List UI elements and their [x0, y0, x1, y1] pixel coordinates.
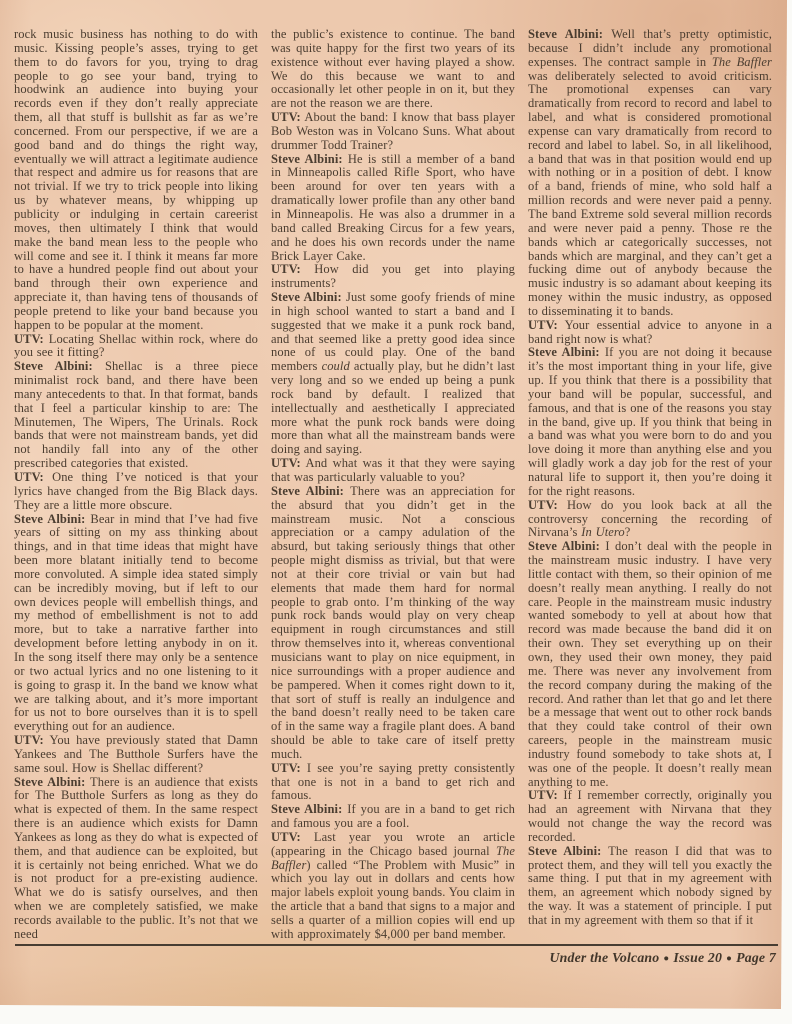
- body-text: You have previously stated that Damn Yan…: [14, 733, 258, 775]
- paragraph: Steve Albini: There is an audience that …: [14, 776, 258, 942]
- body-text: He is still a member of a band in Minnea…: [271, 152, 515, 263]
- speaker-label: Steve Albini:: [528, 844, 601, 858]
- speaker-label: UTV:: [271, 262, 301, 276]
- body-text: Locating Shellac within rock, where do y…: [14, 332, 258, 360]
- body-text: Last year you wrote an article (appearin…: [271, 830, 515, 858]
- body-text: Your essential advice to anyone in a ban…: [528, 318, 772, 346]
- paragraph: UTV: I see you’re saying pretty consiste…: [271, 762, 515, 804]
- speaker-label: Steve Albini:: [271, 152, 343, 166]
- body-text: I see you’re saying pretty consistently …: [271, 761, 515, 803]
- footer-rule: [15, 944, 778, 946]
- paragraph: UTV: And what was it that they were sayi…: [271, 457, 515, 485]
- speaker-label: UTV:: [271, 110, 301, 124]
- body-text: About the band: I know that bass player …: [271, 110, 515, 152]
- paragraph: UTV: How do you look back at all the con…: [528, 499, 772, 541]
- speaker-label: UTV:: [14, 470, 44, 484]
- paragraph: rock music business has nothing to do wi…: [14, 28, 258, 333]
- article-column-2: the public’s existence to continue. The …: [271, 28, 515, 944]
- paragraph: the public’s existence to continue. The …: [271, 28, 515, 111]
- body-text: the public’s existence to continue. The …: [271, 28, 515, 110]
- paragraph: UTV: Locating Shellac within rock, where…: [14, 333, 258, 361]
- body-text: Shellac is a three piece minimalist rock…: [14, 359, 258, 470]
- body-text: actually play, but he didn’t last very l…: [271, 359, 515, 456]
- paragraph: Steve Albini: I don’t deal with the peop…: [528, 540, 772, 789]
- article-column-3: Steve Albini: Well that’s pretty optimis…: [528, 28, 772, 944]
- body-text: ) called “The Problem with Music” in whi…: [271, 858, 515, 941]
- body-text: rock music business has nothing to do wi…: [14, 28, 258, 332]
- magazine-page-scan: rock music business has nothing to do wi…: [0, 0, 792, 1016]
- body-text: If you are not doing it because it’s the…: [528, 345, 772, 497]
- paragraph: UTV: One thing I’ve noticed is that your…: [14, 471, 258, 513]
- paragraph: UTV: Last year you wrote an article (app…: [271, 831, 515, 942]
- paragraph: UTV: How did you get into playing instru…: [271, 263, 515, 291]
- footer-page-number: Page 7: [736, 950, 776, 965]
- speaker-label: Steve Albini:: [528, 539, 600, 553]
- paragraph: Steve Albini: If you are not doing it be…: [528, 346, 772, 498]
- speaker-label: UTV:: [528, 318, 558, 332]
- footer-issue: Issue 20: [673, 950, 722, 965]
- speaker-label: Steve Albini:: [528, 345, 600, 359]
- body-text: I don’t deal with the people in the main…: [528, 539, 772, 788]
- paragraph: UTV: About the band: I know that bass pl…: [271, 111, 515, 153]
- speaker-label: Steve Albini:: [14, 775, 85, 789]
- paragraph: UTV: Your essential advice to anyone in …: [528, 319, 772, 347]
- paragraph: Steve Albini: The reason I did that was …: [528, 845, 772, 928]
- paragraph: Steve Albini: Shellac is a three piece m…: [14, 360, 258, 471]
- body-text: If I remember correctly, originally you …: [528, 788, 772, 844]
- speaker-label: UTV:: [271, 830, 301, 844]
- article-column-1: rock music business has nothing to do wi…: [14, 28, 258, 944]
- speaker-label: UTV:: [528, 788, 558, 802]
- paragraph: UTV: You have previously stated that Dam…: [14, 734, 258, 776]
- italic-text: The Baffler: [712, 55, 772, 69]
- italic-text: could: [322, 359, 350, 373]
- footer-magazine-title: Under the Volcano: [549, 950, 659, 965]
- speaker-label: Steve Albini:: [271, 802, 342, 816]
- body-text: How did you get into playing instruments…: [271, 262, 515, 290]
- paragraph: UTV: If I remember correctly, originally…: [528, 789, 772, 844]
- paragraph: Steve Albini: Well that’s pretty optimis…: [528, 28, 772, 319]
- body-text: One thing I’ve noticed is that your lyri…: [14, 470, 258, 512]
- page-footer: Under the Volcano●Issue 20●Page 7: [549, 950, 776, 966]
- speaker-label: UTV:: [14, 332, 44, 346]
- speaker-label: Steve Albini:: [528, 28, 603, 41]
- body-text: How do you look back at all the controve…: [528, 498, 772, 540]
- paragraph: Steve Albini: Just some goofy friends of…: [271, 291, 515, 457]
- speaker-label: Steve Albini:: [14, 512, 85, 526]
- article-columns: rock music business has nothing to do wi…: [14, 28, 772, 944]
- italic-text: In Utero: [581, 525, 625, 539]
- speaker-label: UTV:: [528, 498, 558, 512]
- body-text: And what was it that they were saying th…: [271, 456, 515, 484]
- body-text: was deliberately selected to avoid criti…: [528, 69, 772, 318]
- footer-bullet-icon: ●: [722, 954, 736, 964]
- paragraph: Steve Albini: Bear in mind that I’ve had…: [14, 513, 258, 735]
- body-text: There was an appreciation for the absurd…: [271, 484, 515, 761]
- speaker-label: UTV:: [14, 733, 44, 747]
- speaker-label: UTV:: [271, 456, 301, 470]
- speaker-label: UTV:: [271, 761, 301, 775]
- body-text: There is an audience that exists for The…: [14, 775, 258, 941]
- speaker-label: Steve Albini:: [271, 484, 344, 498]
- paragraph: Steve Albini: He is still a member of a …: [271, 153, 515, 264]
- body-text: ?: [625, 525, 631, 539]
- speaker-label: Steve Albini:: [271, 290, 342, 304]
- body-text: Bear in mind that I’ve had five years of…: [14, 512, 258, 734]
- paragraph: Steve Albini: If you are in a band to ge…: [271, 803, 515, 831]
- paragraph: Steve Albini: There was an appreciation …: [271, 485, 515, 762]
- speaker-label: Steve Albini:: [14, 359, 93, 373]
- footer-bullet-icon: ●: [659, 954, 673, 964]
